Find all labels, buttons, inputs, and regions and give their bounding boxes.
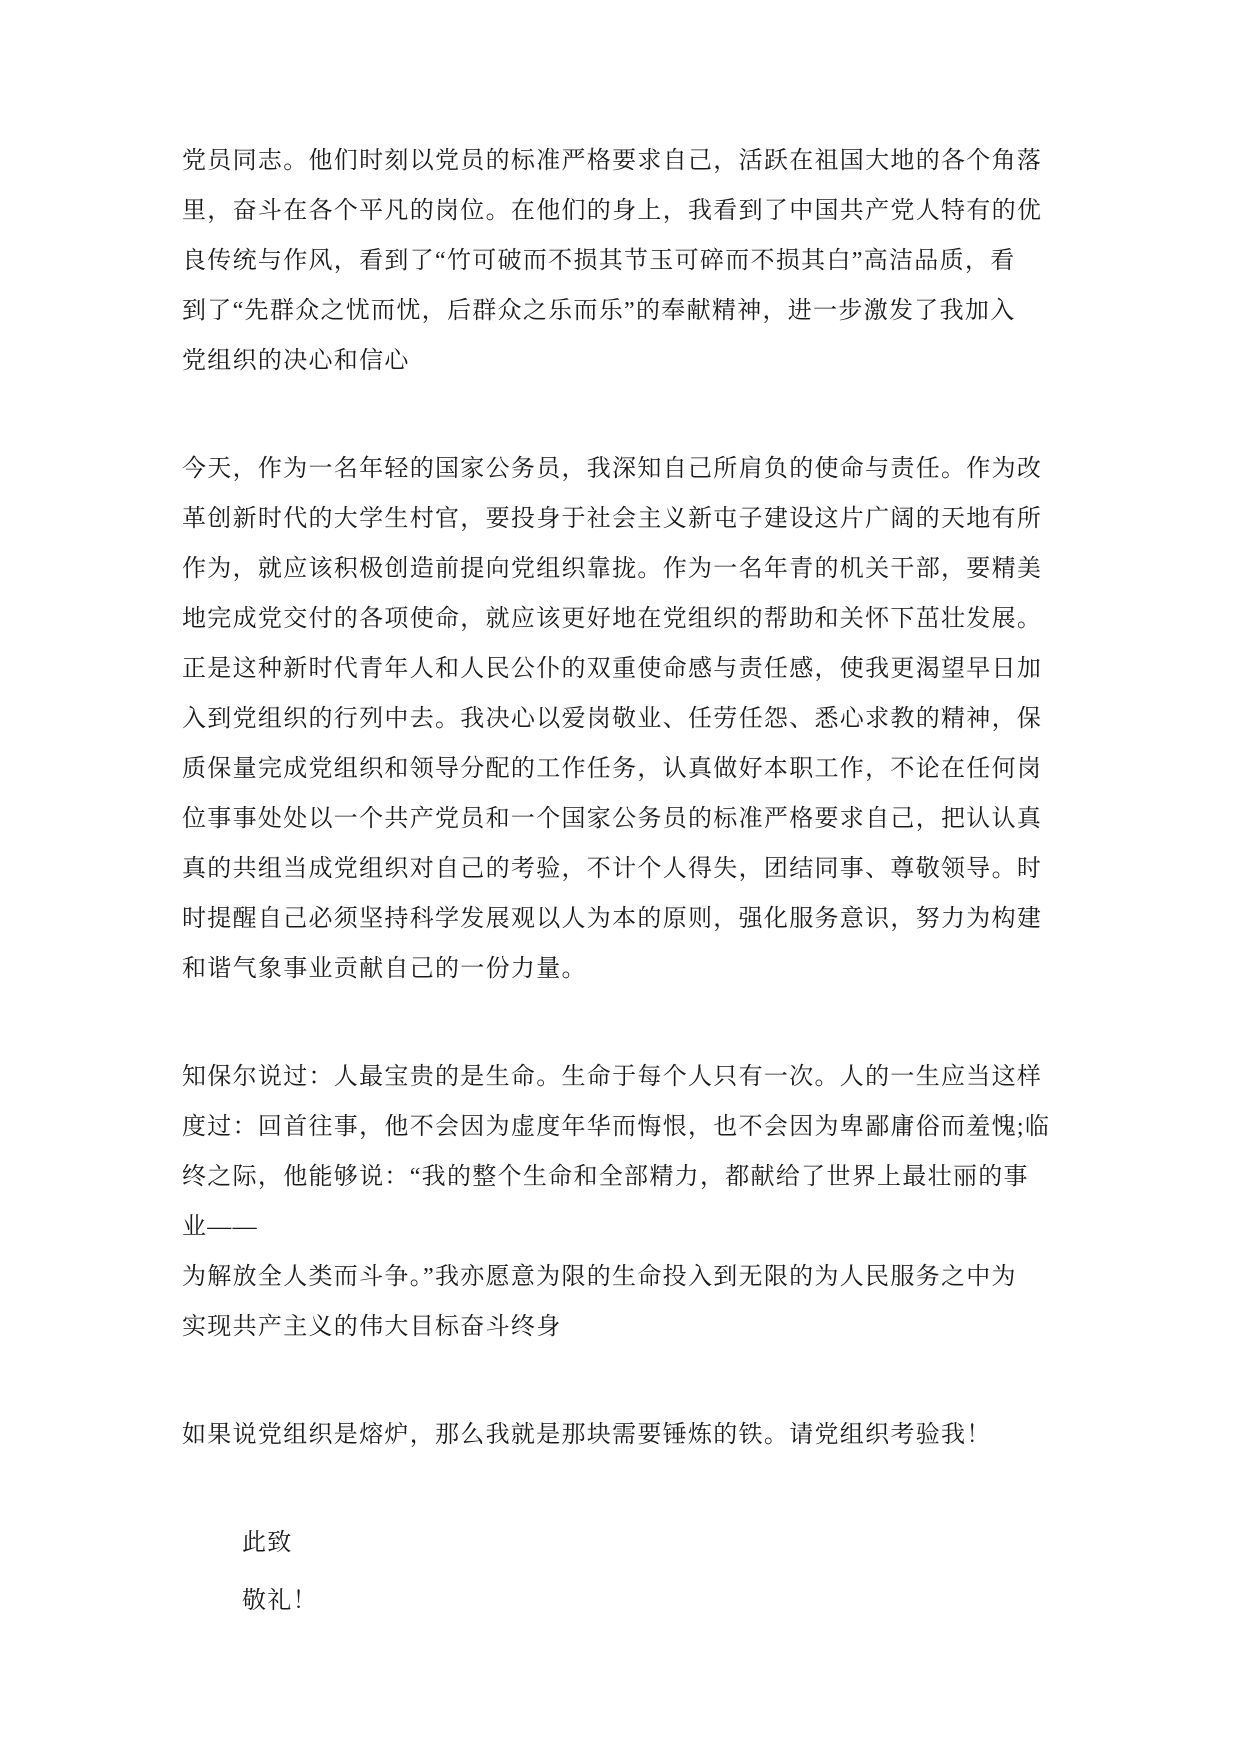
text-line: 革创新时代的大学生村官，要投身于社会主义新屯子建设这片广阔的天地有所 — [182, 494, 1066, 544]
text-line: 今天，作为一名年轻的国家公务员，我深知自己所肩负的使命与责任。作为改 — [182, 444, 1066, 494]
paragraph-1: 党员同志。他们时刻以党员的标准严格要求自己，活跃在祖国大地的各个角落里，奋斗在各… — [182, 136, 1066, 386]
text-line: 入到党组织的行列中去。我决心以爱岗敬业、任劳任怨、悉心求教的精神，保 — [182, 694, 1066, 744]
paragraph-4: 如果说党组织是熔炉，那么我就是那块需要锤炼的铁。请党组织考验我！ — [182, 1410, 1066, 1460]
text-line: 业—— — [182, 1202, 1066, 1252]
text-line: 作为，就应该积极创造前提向党组织靠拢。作为一名年青的机关干部，要精美 — [182, 544, 1066, 594]
text-line: 实现共产主义的伟大目标奋斗终身 — [182, 1302, 1066, 1352]
document-body: 党员同志。他们时刻以党员的标准严格要求自己，活跃在祖国大地的各个角落里，奋斗在各… — [182, 136, 1066, 1460]
text-line: 和谐气象事业贡献自己的一份力量。 — [182, 944, 1066, 994]
text-line: 时提醒自己必须坚持科学发展观以人为本的原则，强化服务意识，努力为构建 — [182, 894, 1066, 944]
text-line: 终之际，他能够说：“我的整个生命和全部精力，都献给了世界上最壮丽的事 — [182, 1152, 1066, 1202]
text-line: 良传统与作风，看到了“竹可破而不损其节玉可碎而不损其白”高洁品质，看 — [182, 236, 1066, 286]
text-line: 党员同志。他们时刻以党员的标准严格要求自己，活跃在祖国大地的各个角落 — [182, 136, 1066, 186]
closing-regards: 敬礼！ — [242, 1576, 1066, 1626]
text-line: 地完成党交付的各项使命，就应该更好地在党组织的帮助和关怀下茁壮发展。 — [182, 594, 1066, 644]
paragraph-3: 知保尔说过：人最宝贵的是生命。生命于每个人只有一次。人的一生应当这样度过：回首往… — [182, 1052, 1066, 1352]
closing-salute: 此致 — [242, 1518, 1066, 1568]
text-line: 质保量完成党组织和领导分配的工作任务，认真做好本职工作，不论在任何岗 — [182, 744, 1066, 794]
closing-block: 此致 敬礼！ — [182, 1518, 1066, 1626]
text-line: 如果说党组织是熔炉，那么我就是那块需要锤炼的铁。请党组织考验我！ — [182, 1410, 1066, 1460]
document-page: 党员同志。他们时刻以党员的标准严格要求自己，活跃在祖国大地的各个角落里，奋斗在各… — [0, 0, 1241, 1754]
text-line: 度过：回首往事，他不会因为虚度年华而悔恨，也不会因为卑鄙庸俗而羞愧;临 — [182, 1102, 1066, 1152]
text-line: 为解放全人类而斗争。”我亦愿意为限的生命投入到无限的为人民服务之中为 — [182, 1252, 1066, 1302]
text-line: 真的共组当成党组织对自己的考验，不计个人得失，团结同事、尊敬领导。时 — [182, 844, 1066, 894]
text-line: 党组织的决心和信心 — [182, 336, 1066, 386]
paragraph-2: 今天，作为一名年轻的国家公务员，我深知自己所肩负的使命与责任。作为改革创新时代的… — [182, 444, 1066, 994]
text-line: 位事事处处以一个共产党员和一个国家公务员的标准严格要求自己，把认认真 — [182, 794, 1066, 844]
text-line: 到了“先群众之忧而忧，后群众之乐而乐”的奉献精神，进一步激发了我加入 — [182, 286, 1066, 336]
text-line: 里，奋斗在各个平凡的岗位。在他们的身上，我看到了中国共产党人特有的优 — [182, 186, 1066, 236]
text-line: 知保尔说过：人最宝贵的是生命。生命于每个人只有一次。人的一生应当这样 — [182, 1052, 1066, 1102]
document-content: 党员同志。他们时刻以党员的标准严格要求自己，活跃在祖国大地的各个角落里，奋斗在各… — [0, 0, 1241, 1626]
text-line: 正是这种新时代青年人和人民公仆的双重使命感与责任感，使我更渴望早日加 — [182, 644, 1066, 694]
